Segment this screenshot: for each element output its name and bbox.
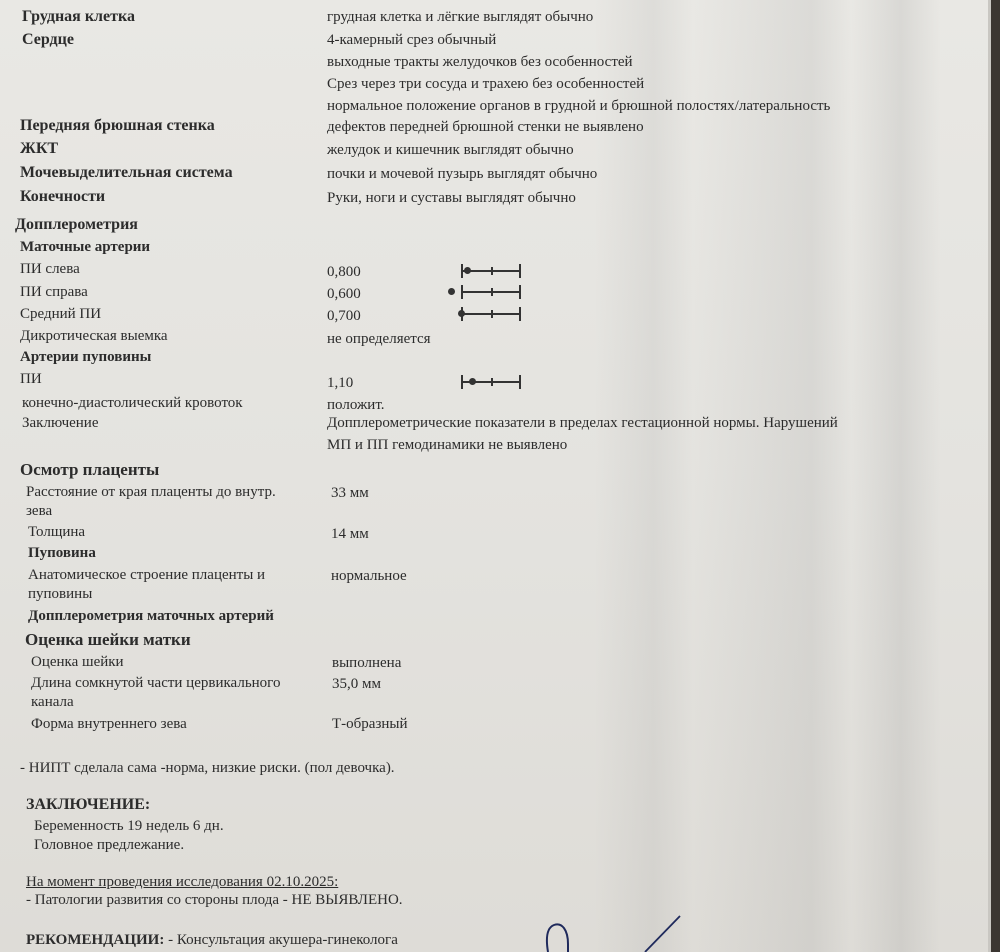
value-placenta-anatomy: нормальное [331,567,407,585]
label-placenta-distance-1: Расстояние от края плаценты до внутр. [26,483,276,501]
gauge-pi-right [456,285,520,299]
value-cervix-eval: выполнена [332,654,401,672]
value-heart-2: выходные тракты желудочков без особеннос… [327,53,633,71]
signature-icon [520,900,720,952]
label-pi-left: ПИ слева [20,260,80,278]
conclusion-title: ЗАКЛЮЧЕНИЕ: [26,796,150,814]
label-placenta-thickness: Толщина [28,523,85,541]
label-cervix-eval: Оценка шейки [31,653,124,671]
value-doppler-conclusion-1: Допплерометрические показатели в предела… [327,414,838,432]
label-limbs: Конечности [20,188,105,206]
label-internal-os-shape: Форма внутреннего зева [31,715,187,733]
label-doppler-conclusion: Заключение [22,414,99,432]
label-chest: Грудная клетка [22,8,135,26]
label-cervix-length-1: Длина сомкнутой части цервикального [31,674,280,692]
label-abdominal-wall: Передняя брюшная стенка [20,117,215,135]
placenta-title: Осмотр плаценты [20,461,159,479]
value-placenta-distance: 33 мм [331,484,369,502]
recommendations: РЕКОМЕНДАЦИИ: - Консультация акушера-гин… [26,931,398,949]
value-dicrotic-notch: не определяется [327,330,431,348]
value-internal-os-shape: Т-образный [332,715,408,733]
gauge-marker [458,310,465,317]
gauge-marker [469,378,476,385]
gauge-pi-left [456,264,520,278]
label-dicrotic-notch: Дикротическая выемка [20,327,168,345]
label-placenta-distance-2: зева [26,502,52,520]
label-cervix-length-2: канала [31,693,74,711]
value-urinary: почки и мочевой пузырь выглядят обычно [327,165,597,183]
conclusion-line-1: Беременность 19 недель 6 дн. [34,817,224,835]
value-doppler-conclusion-2: МП и ПП гемодинамики не выявлено [327,436,567,454]
uterine-arteries-title: Маточные артерии [20,238,150,256]
umbilical-arteries-title: Артерии пуповины [20,348,151,366]
label-umbilical-pi: ПИ [20,370,42,388]
value-cervix-length: 35,0 мм [332,675,381,693]
value-placenta-thickness: 14 мм [331,525,369,543]
pathology-line: - Патологии развития со стороны плода - … [26,891,403,909]
value-pi-right: 0,600 [327,285,361,303]
report-page: Грудная клетка грудная клетка и лёгкие в… [0,0,990,952]
value-end-diastolic-flow: положит. [327,396,385,414]
gauge-marker [448,288,455,295]
doppler-title: Допплерометрия [15,216,138,234]
value-heart-1: 4-камерный срез обычный [327,31,496,49]
label-placenta-anatomy-2: пуповины [28,585,92,603]
label-placenta-anatomy-1: Анатомическое строение плаценты и [28,566,265,584]
recommendations-title: РЕКОМЕНДАЦИИ: [26,932,164,948]
label-end-diastolic-flow: конечно-диастолический кровоток [22,394,243,412]
value-chest: грудная клетка и лёгкие выглядят обычно [327,8,593,26]
gauge-marker [464,267,471,274]
gauge-mean-pi [456,307,520,321]
label-mean-pi: Средний ПИ [20,305,101,323]
study-date-line: На момент проведения исследования 02.10.… [26,873,338,891]
conclusion-line-2: Головное предлежание. [34,836,184,854]
value-abdominal-wall: дефектов передней брюшной стенки не выяв… [327,118,644,136]
label-gi-tract: ЖКТ [20,140,58,158]
recommendations-text: - Консультация акушера-гинеколога [164,932,398,948]
value-limbs: Руки, ноги и суставы выглядят обычно [327,189,576,207]
label-urinary: Мочевыделительная система [20,164,233,182]
nipt-note: - НИПТ сделала сама -норма, низкие риски… [20,759,395,777]
value-umbilical-pi: 1,10 [327,374,353,392]
label-heart: Сердце [22,31,74,49]
value-heart-4: нормальное положение органов в грудной и… [327,97,830,115]
value-pi-left: 0,800 [327,263,361,281]
uterine-doppler-title: Допплерометрия маточных артерий [28,607,274,625]
value-heart-3: Срез через три сосуда и трахею без особе… [327,75,644,93]
value-gi-tract: желудок и кишечник выглядят обычно [327,141,574,159]
gauge-umbilical-pi [456,375,520,389]
cervix-title: Оценка шейки матки [25,631,191,649]
value-mean-pi: 0,700 [327,307,361,325]
label-pi-right: ПИ справа [20,283,88,301]
paper-edge [988,0,991,952]
umbilical-cord-title: Пуповина [28,544,96,562]
